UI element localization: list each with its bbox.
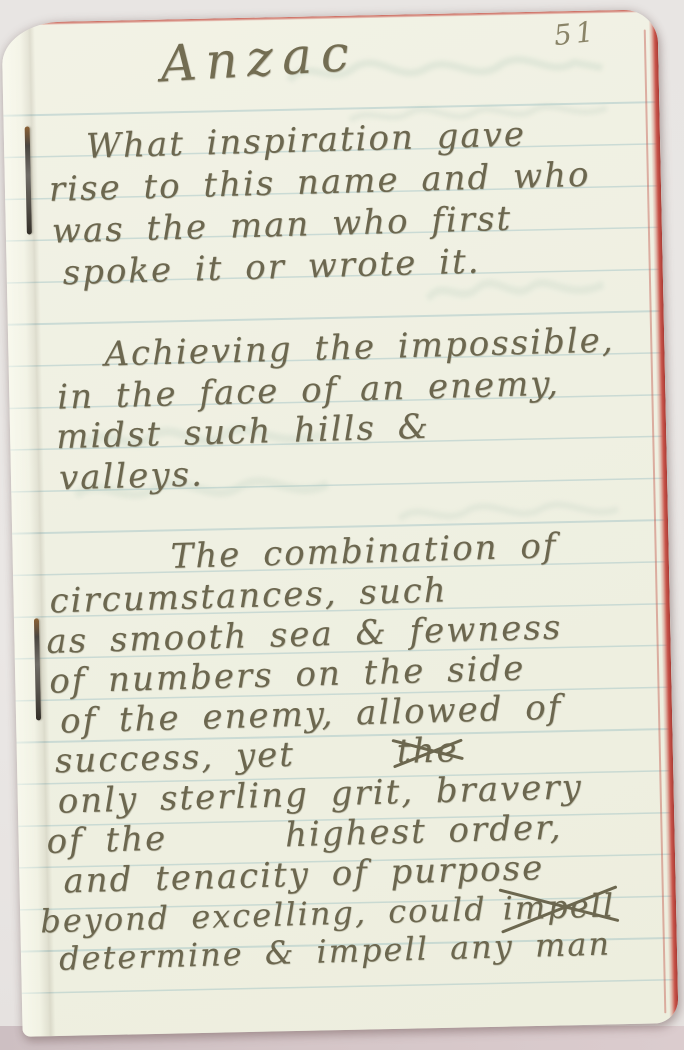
crossed-out-word: the xyxy=(396,730,459,772)
page-title: Anzac xyxy=(159,24,360,94)
notebook-page: 51 Anzac What inspiration gave rise to t… xyxy=(1,9,678,1037)
crossed-out-word: impell xyxy=(502,886,615,927)
photograph-backdrop: 51 Anzac What inspiration gave rise to t… xyxy=(0,0,684,1050)
page-number: 51 xyxy=(552,15,599,53)
handwritten-line: valleys. xyxy=(58,454,204,498)
